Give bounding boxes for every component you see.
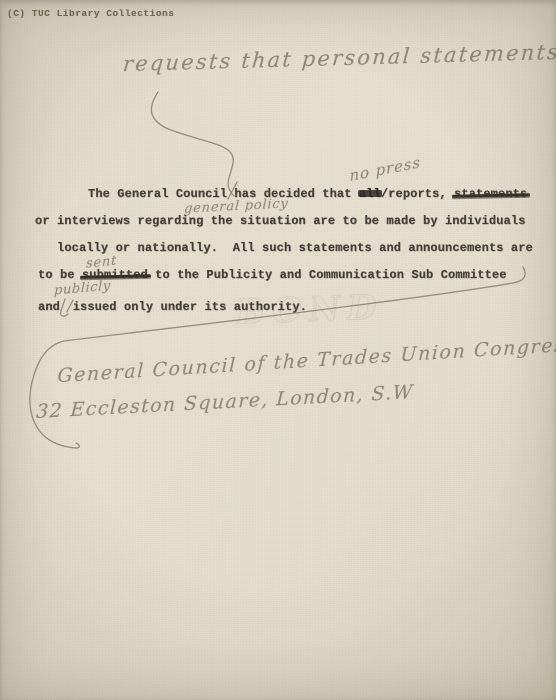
typed-line5-post: issued only under its authority. (73, 300, 307, 314)
typed-line-1: The General Council has decided that all… (88, 188, 527, 201)
typed-line-3: locally or nationally. All such statemen… (57, 242, 533, 255)
pencil-s-curve-line (151, 92, 234, 196)
typed-line1-pre: The General Council has decided that (88, 187, 359, 201)
copyright-watermark: (C) TUC Library Collections (7, 8, 174, 19)
typed-line-2: or interviews regarding the situation ar… (35, 215, 526, 228)
handwritten-address-line2: 32 Eccleston Square, London, S.W (36, 381, 414, 423)
handwritten-address-line1: General Council of the Trades Union Cong… (57, 333, 556, 387)
typed-line1-mid: /reports, (381, 187, 454, 201)
scanned-document-page: (C) TUC Library Collections BOND request… (0, 0, 556, 700)
typed-line-5: and /issued only under its authority. (38, 295, 307, 314)
struck-word-all: all (359, 188, 381, 201)
typed-line-4: to be submitted to the Publicity and Com… (38, 269, 507, 282)
handwritten-insert-no-press: no press (349, 153, 421, 185)
pencil-insert-slash: / (67, 296, 72, 315)
struck-word-statements: statements (454, 188, 527, 201)
handwritten-top-note: requests that personal statements (122, 40, 556, 76)
struck-word-submitted: submitted (82, 269, 148, 282)
typed-line4-post: to the Publicity and Communication Sub C… (148, 268, 507, 282)
typed-line4-pre: to be (38, 268, 82, 282)
typed-line5-pre: and (38, 300, 67, 314)
